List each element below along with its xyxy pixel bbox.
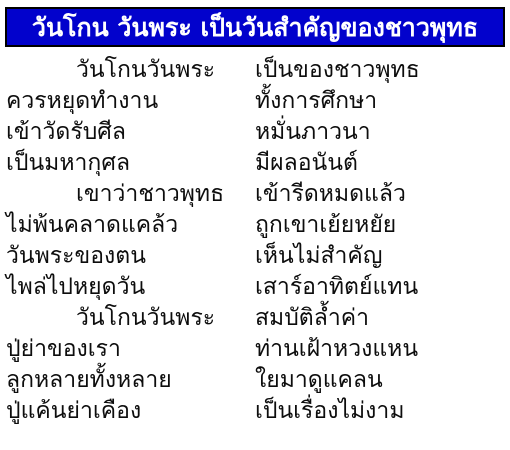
poem-row: ปู่แค้นย่าเคือง เป็นเรื่องไม่งาม <box>0 395 510 426</box>
poem-row: เป็นมหากุศล มีผลอนันต์ <box>0 147 510 178</box>
poem-row: ลูกหลายทั้งหลาย ใยมาดูแคลน <box>0 364 510 395</box>
page-title: วันโกน วันพระ เป็นวันสำคัญของชาวพุทธ <box>32 15 478 40</box>
document-page: วันโกน วันพระ เป็นวันสำคัญของชาวพุทธ วัน… <box>0 0 510 450</box>
poem-row: เข้าวัดรับศีล หมั่นภาวนา <box>0 116 510 147</box>
poem-left-hemistich: ปู่แค้นย่าเคือง <box>0 393 250 429</box>
poem-row: ปู่ย่าของเรา ท่านเฝ้าหวงแหน <box>0 333 510 364</box>
poem-body: วันโกนวันพระ เป็นของชาวพุทธ ควรหยุดทำงาน… <box>0 47 510 426</box>
title-banner: วันโกน วันพระ เป็นวันสำคัญของชาวพุทธ <box>5 7 505 47</box>
poem-row: วันพระของตน เห็นไม่สำคัญ <box>0 240 510 271</box>
poem-row: ไพล่ไปหยุดวัน เสาร์อาทิตย์แทน <box>0 271 510 302</box>
poem-row: ควรหยุดทำงาน ทั้งการศึกษา <box>0 85 510 116</box>
poem-row: เขาว่าชาวพุทธ เข้ารีดหมดแล้ว <box>0 178 510 209</box>
poem-row: วันโกนวันพระ เป็นของชาวพุทธ <box>0 54 510 85</box>
poem-row: วันโกนวันพระ สมบัติล้ำค่า <box>0 302 510 333</box>
poem-row: ไม่พ้นคลาดแคล้ว ถูกเขาเย้ยหยัย <box>0 209 510 240</box>
poem-right-hemistich: เป็นเรื่องไม่งาม <box>250 393 510 429</box>
